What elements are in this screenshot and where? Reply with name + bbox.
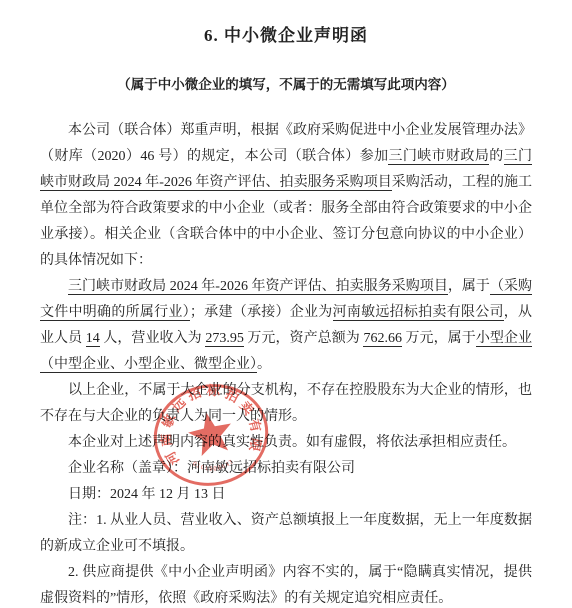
text-segment: 注：1. 从业人员、营业收入、资产总额填报上一年度数据，无上一年度数据的新成立企…	[40, 513, 532, 554]
text-segment: 人，营业收入为	[100, 331, 206, 346]
underlined-field: 三门峡市财政局	[388, 149, 489, 165]
text-segment: 日期：2024 年 12 月 13 日	[68, 487, 226, 502]
underlined-field: 三门峡市财政局 2024 年-2026 年资产评估、拍卖服务采购项目	[68, 279, 448, 295]
text-segment: ，属于	[448, 279, 490, 294]
company-name-line: 企业名称（盖章）：河南敏远招标拍卖有限公司	[40, 456, 532, 482]
text-segment: 2. 供应商提供《中小企业声明函》内容不实的，属于“隐瞒真实情况，提供虚假资料的…	[40, 565, 532, 606]
document-body: 本公司（联合体）郑重声明，根据《政府采购促进中小企业发展管理办法》（财库（202…	[40, 118, 532, 608]
underlined-field: 河南敏远招标拍卖有限公司	[333, 305, 504, 321]
text-segment: 以上企业，不属于大企业的分支机构，不存在控股股东为大企业的情形，也不存在与大企业…	[40, 383, 532, 424]
document-subtitle: （属于中小微企业的填写，不属于的无需填写此项内容）	[0, 76, 572, 94]
text-segment: 企业名称（盖章）：河南敏远招标拍卖有限公司	[68, 461, 355, 476]
document-title: 6. 中小微企业声明函	[0, 0, 572, 46]
text-segment: 的	[489, 149, 503, 164]
underlined-field: 762.66	[363, 331, 402, 347]
responsibility-paragraph: 本企业对上述声明内容的真实性负责。如有虚假，将依法承担相应责任。	[40, 430, 532, 456]
enterprise-detail-paragraph: 三门峡市财政局 2024 年-2026 年资产评估、拍卖服务采购项目，属于（采购…	[40, 274, 532, 378]
text-segment: ；承建（承接）企业为	[190, 305, 333, 320]
note-2-paragraph: 2. 供应商提供《中小企业声明函》内容不实的，属于“隐瞒真实情况，提供虚假资料的…	[40, 560, 532, 608]
underlined-field: 273.95	[205, 331, 244, 347]
declaration-document-page: 6. 中小微企业声明函 （属于中小微企业的填写，不属于的无需填写此项内容） 本公…	[0, 0, 572, 608]
date-line: 日期：2024 年 12 月 13 日	[40, 482, 532, 508]
declaration-intro-paragraph: 本公司（联合体）郑重声明，根据《政府采购促进中小企业发展管理办法》（财库（202…	[40, 118, 532, 274]
note-1-paragraph: 注：1. 从业人员、营业收入、资产总额填报上一年度数据，无上一年度数据的新成立企…	[40, 508, 532, 560]
text-segment: 。	[257, 357, 271, 372]
not-large-enterprise-paragraph: 以上企业，不属于大企业的分支机构，不存在控股股东为大企业的情形，也不存在与大企业…	[40, 378, 532, 430]
text-segment: 万元，属于	[402, 331, 476, 346]
text-segment: 万元，资产总额为	[244, 331, 364, 346]
text-segment: 本企业对上述声明内容的真实性负责。如有虚假，将依法承担相应责任。	[68, 435, 516, 450]
underlined-field: 14	[86, 331, 100, 347]
